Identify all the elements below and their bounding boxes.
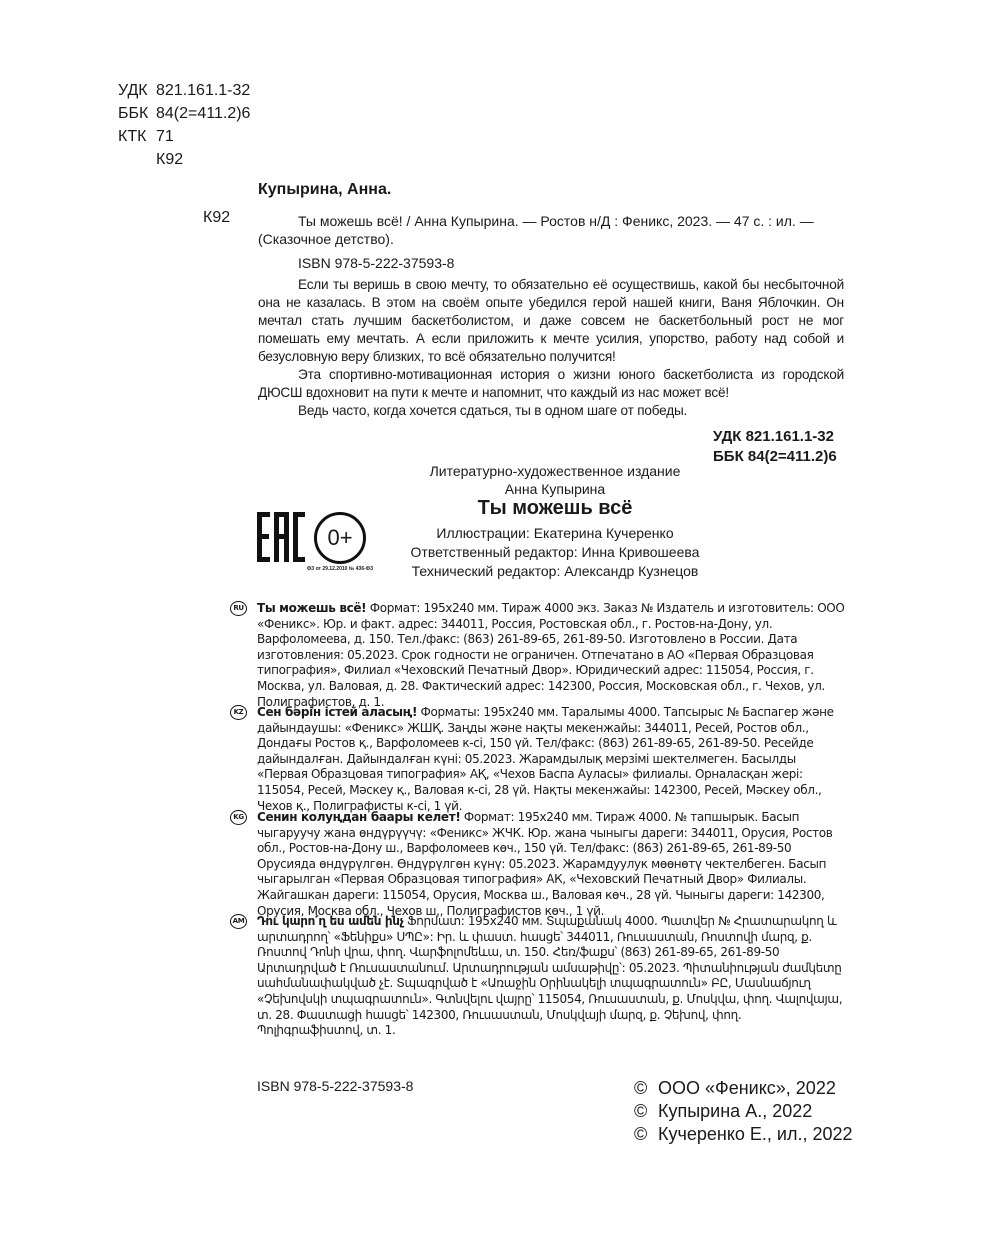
author-name: Анна Купырина [400,480,710,498]
copyright-line: ©ООО «Феникс», 2022 [634,1077,853,1100]
class-key: УДК [118,79,156,102]
credit-line: Технический редактор: Александр Кузнецов [380,562,730,581]
imprint-ru: RU Ты можешь всё! Формат: 195x240 мм. Ти… [257,601,847,710]
isbn: ISBN 978-5-222-37593-8 [298,255,454,271]
credit-line: Ответственный редактор: Инна Кривошеева [380,543,730,562]
annotation-paragraph: Ведь часто, когда хочется сдаться, ты в … [258,402,844,420]
annotation: Если ты веришь в свою мечту, то обязател… [258,276,844,420]
imprint-text: Ֆորմատ: 195x240 мм. Տպաքանակ 4000. Պատվե… [257,914,842,1037]
class-value: 71 [156,125,174,148]
imprint-am: AM Դու կարո՛ղ ես ամեն ինչ Ֆորմատ: 195x24… [257,914,847,1039]
lang-badge-icon: KG [230,810,247,825]
credits: Иллюстрации: Екатерина Кучеренко Ответст… [380,524,730,581]
author-heading: Купырина, Анна. [258,181,391,199]
imprint-title: Сен бәрін істей аласың! [257,705,417,719]
copyright-icon: © [634,1100,658,1123]
copyright-line: ©Купырина А., 2022 [634,1100,853,1123]
class-value: 84(2=411.2)6 [156,102,250,125]
edition-type: Литературно-художественное издание [400,462,710,480]
imprint-title: Դու կարո՛ղ ես ամեն ինչ [257,914,404,928]
imprint-kz: KZ Сен бәрін істей аласың! Форматы: 195x… [257,705,847,814]
credit-line: Иллюстрации: Екатерина Кучеренко [380,524,730,543]
class-value: 821.161.1-32 [156,79,250,102]
age-rating: 0+ [327,525,352,551]
imprint-text: Формат: 195x240 мм. Тираж 4000. № тапшыр… [257,810,832,918]
lang-badge-icon: KZ [230,705,247,720]
age-law: ФЗ от 29.12.2010 № 436-ФЗ [300,566,380,572]
imprint-kg: KG Сенин колуңдан баары келет! Формат: 1… [257,810,847,919]
lang-badge-icon: AM [230,914,247,929]
copyright-line: ©Кучеренко Е., ил., 2022 [634,1123,853,1146]
author-mark: К92 [203,209,230,227]
annotation-paragraph: Эта спортивно-мотивационная история о жи… [258,366,844,402]
book-title: Ты можешь всё [400,497,710,520]
class-key [118,148,156,171]
classification-block: УДК821.161.1-32 ББК84(2=411.2)6 КТК71 К9… [118,79,250,171]
copyrights: ©ООО «Феникс», 2022 ©Купырина А., 2022 ©… [634,1077,853,1146]
classification-bold: УДК 821.161.1-32 ББК 84(2=411.2)6 [713,427,837,467]
copyright-text: Купырина А., 2022 [658,1101,812,1121]
imprint-text: Форматы: 195x240 мм. Таралымы 4000. Тапс… [257,705,834,813]
bibliographic-record: Ты можешь всё! / Анна Купырина. — Ростов… [258,212,844,248]
udk-bold: УДК 821.161.1-32 [713,427,837,447]
class-key: ББК [118,102,156,125]
eac-mark-icon [257,512,305,562]
copyright-text: ООО «Феникс», 2022 [658,1078,836,1098]
class-value: К92 [156,148,183,171]
imprint-text: Формат: 195x240 мм. Тираж 4000 экз. Зака… [257,601,845,709]
annotation-paragraph: Если ты веришь в свою мечту, то обязател… [258,276,844,366]
copyright-icon: © [634,1123,658,1146]
imprint-title: Ты можешь всё! [257,601,366,615]
copyright-text: Кучеренко Е., ил., 2022 [658,1124,853,1144]
age-rating-icon: 0+ [314,512,366,564]
imprint-title: Сенин колуңдан баары келет! [257,810,460,824]
class-key: КТК [118,125,156,148]
bibliographic-text: Ты можешь всё! / Анна Купырина. — Ростов… [258,212,844,248]
bbk-bold: ББК 84(2=411.2)6 [713,447,837,467]
isbn-bottom: ISBN 978-5-222-37593-8 [257,1078,413,1094]
copyright-icon: © [634,1077,658,1100]
lang-badge-icon: RU [230,601,247,616]
